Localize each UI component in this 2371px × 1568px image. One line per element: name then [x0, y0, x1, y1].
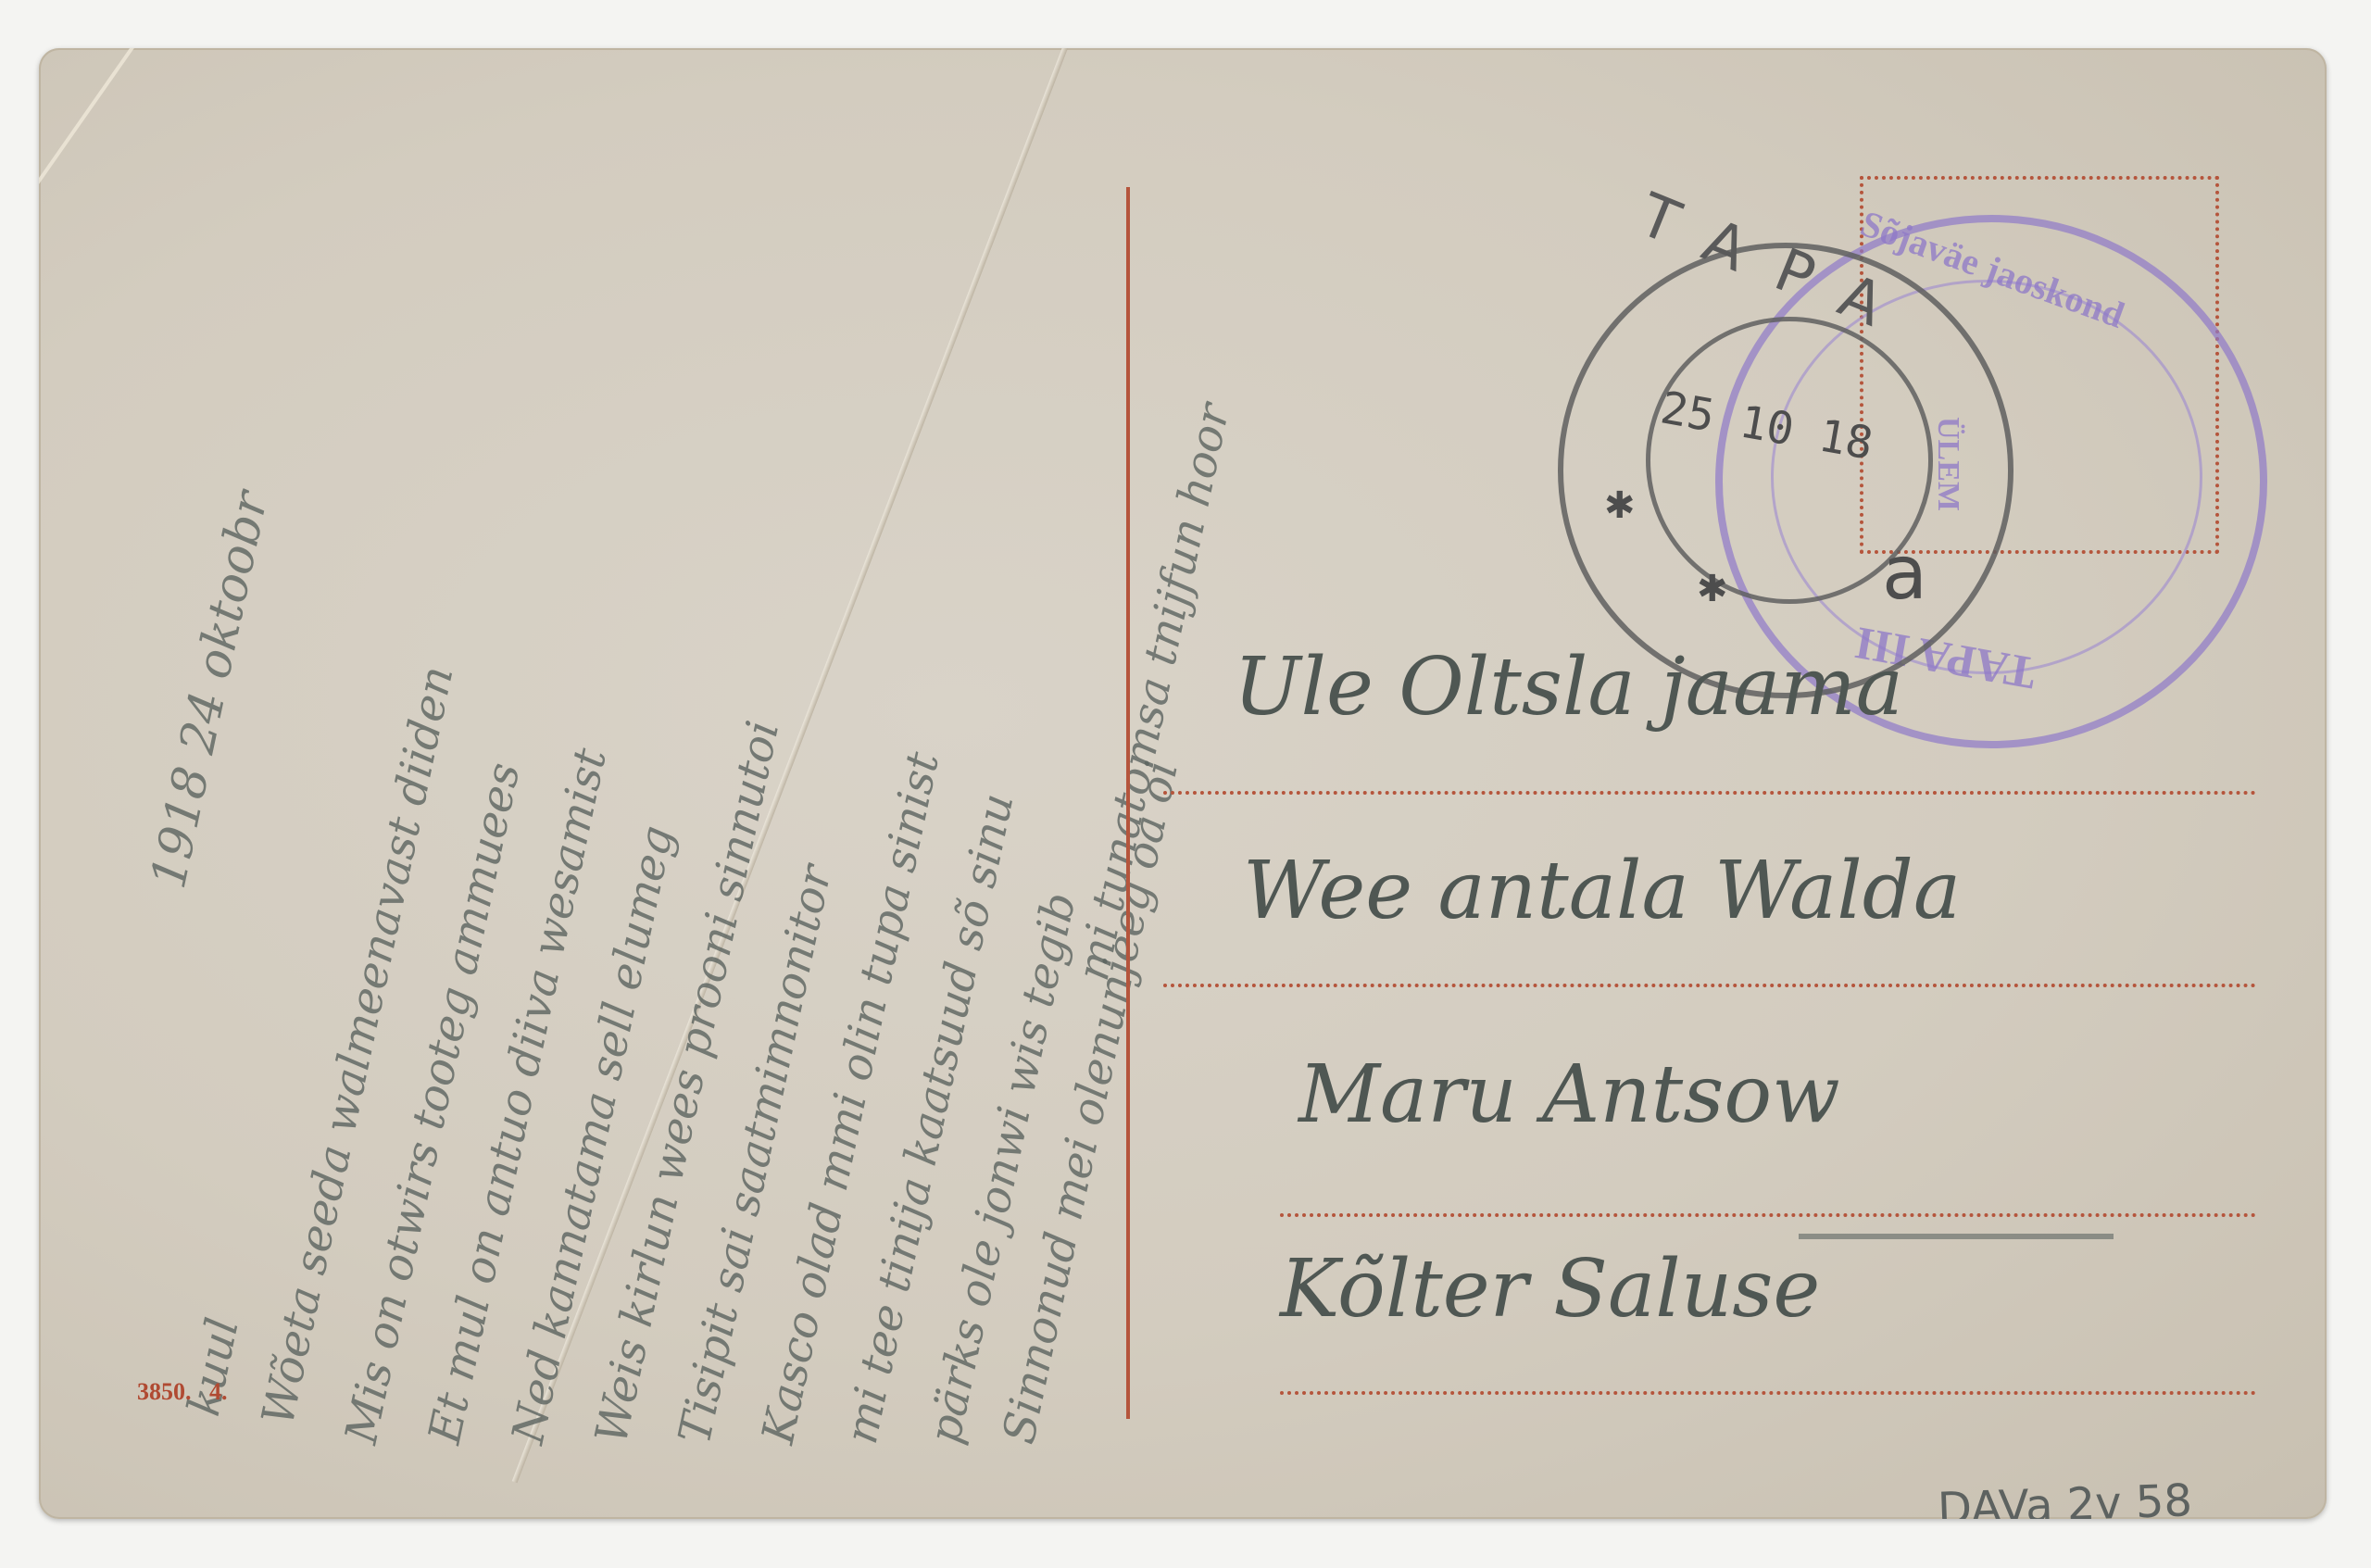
center-divider-line	[1126, 187, 1130, 1419]
underline-stroke	[1799, 1234, 2114, 1239]
address-line-3: Maru Antsow	[1298, 1048, 1840, 1141]
address-rule	[1163, 984, 2256, 987]
print-code: 3850. 4.	[137, 1378, 228, 1406]
address-rule	[1280, 1213, 2256, 1217]
address-line-2: Wee antala Walda	[1243, 845, 1961, 937]
corner-crease	[39, 48, 139, 238]
postmark-star-icon: ✱	[1697, 567, 1728, 610]
address-rule	[1163, 791, 2256, 795]
message-date: 1918 24 oktoobr	[141, 486, 279, 893]
postmark-letter: a	[1882, 530, 1927, 616]
postmark-star-icon: ✱	[1604, 483, 1636, 527]
address-line-1: Ule Oltsla jaama	[1234, 641, 1903, 734]
postcard: kuul Wõeta seeda walmeenavast diiden Mis…	[39, 48, 2327, 1519]
address-line-4: Kõlter Saluse	[1280, 1243, 1820, 1336]
archive-reference-note: DAVa 2v 58	[1937, 1474, 2193, 1519]
address-rule	[1280, 1391, 2256, 1395]
